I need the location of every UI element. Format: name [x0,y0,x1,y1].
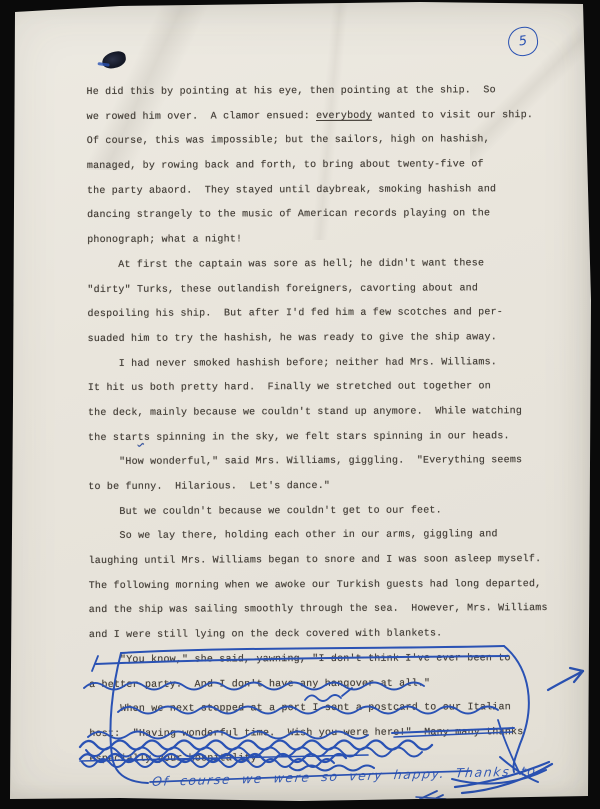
deleted-typed-line: a better party. And I don't have any han… [89,671,559,698]
typed-line: and I were still lying on the deck cover… [89,622,559,649]
typed-line: we rowed him over. A clamor ensued: ever… [87,104,557,131]
typed-line: dancing strangely to the music of Americ… [87,202,557,229]
page-number: 5 [518,33,528,49]
typed-line: the party abaord. They stayed until dayb… [87,178,557,205]
typed-line: The following morning when we awoke our … [89,573,559,600]
deleted-passage: "You know," she said, yawning, "I don't … [89,647,560,772]
typed-line: He did this by pointing at his eye, then… [86,79,556,106]
photo-backdrop: 5 He did this by pointing at his eye, th… [0,0,600,809]
typed-line: the deck, mainly because we couldn't sta… [88,400,558,427]
typed-line: to be funny. Hilarious. Let's dance." [88,474,558,501]
deleted-typed-line: "You know," she said, yawning, "I don't … [89,647,559,674]
deleted-typed-line: When we next stopped at a port I sent a … [89,696,559,723]
typed-line: "How wonderful," said Mrs. Williams, gig… [88,449,558,476]
typed-line: laughing until Mrs. Williams began to sn… [89,548,559,575]
typed-line: At first the captain was sore as hell; h… [87,252,557,279]
typed-line: despoiling his ship. But after I'd fed h… [87,301,557,328]
deleted-typed-line: host: "Having wonderful time. Wish you w… [89,721,559,748]
typed-line: the starts spinning in the sky, we felt … [88,425,558,452]
typed-line: and the ship was sailing smoothly throug… [89,597,559,624]
typed-text-block: He did this by pointing at his eye, then… [86,79,559,772]
typed-line: It hit us both pretty hard. Finally we s… [88,375,558,402]
typed-line: "dirty" Turks, these outlandish foreigne… [87,276,557,303]
page-number-circled: 5 [506,25,540,58]
typed-line: suaded him to try the hashish, he was re… [88,326,558,353]
typed-line: So we lay there, holding each other in o… [88,523,558,550]
ink-blot-scribble [101,50,127,70]
typed-line: managed, by rowing back and forth, to br… [87,153,557,180]
underlined-word: everybody [316,110,372,121]
typed-line: phonograph; what a night! [87,227,557,254]
typed-line: I had never smoked hashish before; neith… [88,351,558,378]
manuscript-page: 5 He did this by pointing at his eye, th… [0,0,600,809]
typed-line: Of course, this was impossible; but the … [87,128,557,155]
typed-line: But we couldn't because we couldn't get … [88,499,558,526]
